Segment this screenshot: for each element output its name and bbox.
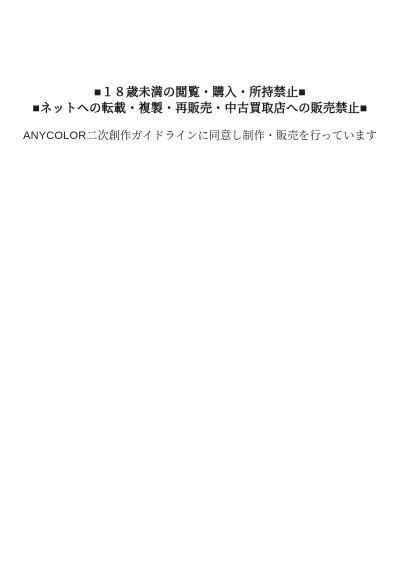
disclaimer-page: ■１８歳未満の閲覧・購入・所持禁止■ ■ネットへの転載・複製・再販売・中古買取店… xyxy=(0,0,400,576)
age-restriction-notice: ■１８歳未満の閲覧・購入・所持禁止■ xyxy=(0,84,400,100)
resale-prohibition-notice: ■ネットへの転載・複製・再販売・中古買取店への販売禁止■ xyxy=(0,100,400,116)
guideline-statement: ANYCOLOR二次創作ガイドラインに同意し制作・販売を行っています xyxy=(0,129,400,144)
disclaimer-text-block: ■１８歳未満の閲覧・購入・所持禁止■ ■ネットへの転載・複製・再販売・中古買取店… xyxy=(0,84,400,144)
